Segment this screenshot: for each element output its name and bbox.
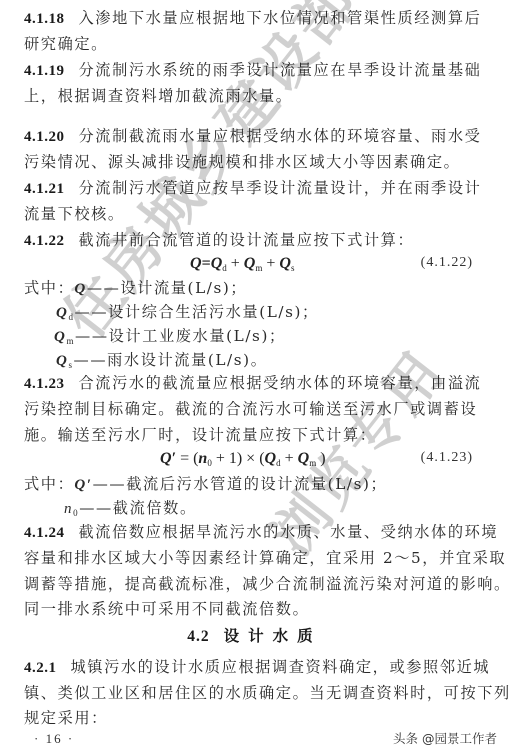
- clause-4-1-24-line-4: 同一排水系统中可采用不同截流倍数。: [24, 599, 474, 619]
- clause-number: 4.1.21: [24, 181, 65, 197]
- formula-4-1-23: Q′ = (n0 + 1) × (Qd + Qm ): [160, 449, 326, 473]
- clause-4-2-1-line-1: 4.2.1城镇污水的设计水质应根据调查资料确定，或参照邻近城: [24, 657, 474, 678]
- clause-4-1-19-line-1: 4.1.19分流制污水系统的雨季设计流量应在旱季设计流量基础: [24, 60, 474, 81]
- formula-4-1-22: Q=Qd + Qm + Qs: [190, 254, 294, 278]
- clause-number: 4.1.24: [24, 525, 65, 541]
- clause-number: 4.1.20: [24, 129, 65, 145]
- where-def-n0: n0——截流倍数。: [64, 498, 509, 523]
- clause-4-1-19-line-2: 上，根据调查资料增加截流雨水量。: [24, 86, 474, 106]
- clause-4-1-21-line-1: 4.1.21分流制污水管道应按旱季设计流量设计，并在雨季设计: [24, 178, 474, 199]
- where-def-3: Qm——设计工业废水量(L/s)；: [54, 326, 504, 351]
- source-attribution: 头条 @园景工作者: [393, 729, 497, 747]
- clause-4-1-24-line-1: 4.1.24截流倍数应根据旱流污水的水质、水量、受纳水体的环境: [24, 522, 474, 543]
- clause-4-2-1-line-3: 规定采用：: [24, 708, 474, 728]
- clause-4-1-24-line-3: 调蓄等措施，提高截流标准，减少合流制溢流污染对河道的影响。: [24, 574, 474, 594]
- section-heading: 4.2设计水质: [0, 624, 509, 646]
- clause-4-1-21-line-2: 流量下校核。: [24, 204, 474, 224]
- document-page: 住房城乡建设部信息公开 浏览专用 4.1.18入渗地下水量应根据地下水位情况和管…: [0, 0, 509, 755]
- clause-number: 4.1.19: [24, 63, 65, 79]
- clause-4-2-1-line-2: 镇、类似工业区和居住区的水质确定。当无调查资料时，可按下列: [24, 683, 474, 703]
- clause-number: 4.1.18: [24, 11, 65, 27]
- clause-number: 4.1.22: [24, 233, 65, 249]
- where-def-q-prime: 式中：Q′——截流后污水管道的设计流量(L/s)；: [24, 474, 474, 495]
- clause-4-1-18-line-2: 研究确定。: [24, 34, 474, 54]
- page-number: · 16 ·: [34, 731, 74, 747]
- where-def-1: 式中：Q——设计流量(L/s)；: [24, 278, 474, 299]
- clause-4-1-22-line-1: 4.1.22截流井前合流管道的设计流量应按下式计算：: [24, 230, 474, 251]
- clause-4-1-23-line-3: 施。输送至污水厂时，设计流量应按下式计算：: [24, 425, 474, 445]
- where-def-2: Qd——设计综合生活污水量(L/s)；: [56, 302, 506, 327]
- equation-number: (4.1.22): [421, 255, 473, 271]
- clause-number: 4.2.1: [24, 660, 57, 676]
- clause-4-1-24-line-2: 容量和排水区域大小等因素经计算确定，宜采用 2～5，并宜采取: [24, 548, 474, 568]
- clause-4-1-23-line-2: 污染控制目标确定。截流的合流污水可输送至污水厂或调蓄设: [24, 399, 474, 419]
- clause-number: 4.1.23: [24, 376, 65, 392]
- clause-4-1-20-line-1: 4.1.20分流制截流雨水量应根据受纳水体的环境容量、雨水受: [24, 126, 474, 147]
- equation-number: (4.1.23): [421, 450, 473, 466]
- clause-4-1-18-line-1: 4.1.18入渗地下水量应根据地下水位情况和管渠性质经测算后: [24, 8, 474, 29]
- clause-4-1-20-line-2: 污染情况、源头减排设施规模和排水区域大小等因素确定。: [24, 152, 474, 172]
- where-def-4: Qs——雨水设计流量(L/s)。: [56, 350, 506, 375]
- clause-4-1-23-line-1: 4.1.23合流污水的截流量应根据受纳水体的环境容量，由溢流: [24, 373, 474, 394]
